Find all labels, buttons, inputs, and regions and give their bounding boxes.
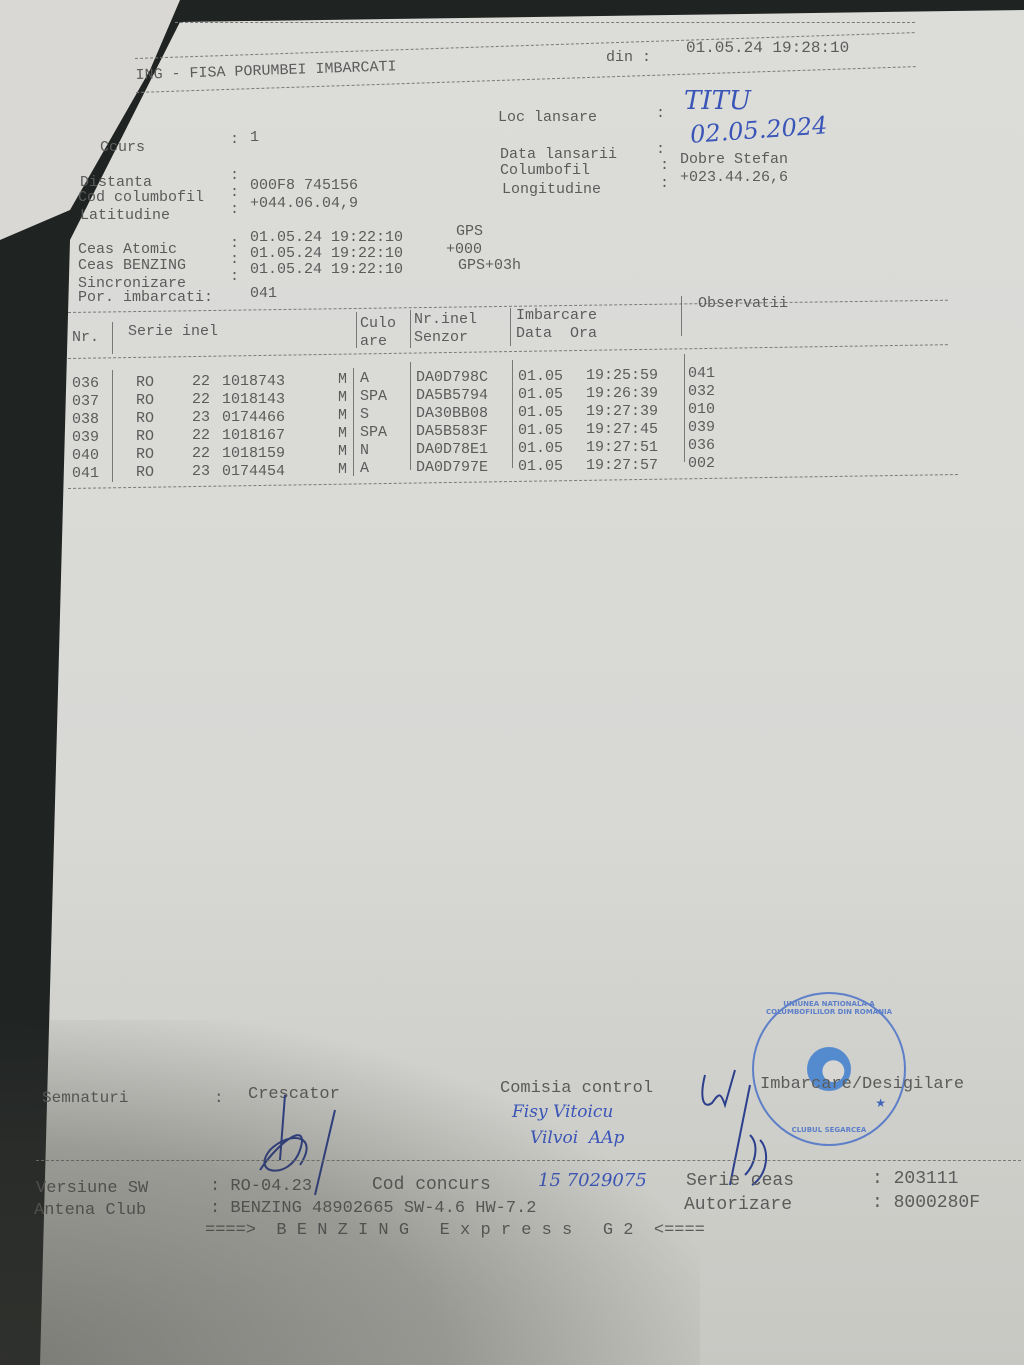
printed-at-label: din :: [606, 50, 651, 65]
signatures-label: Semnaturi: [42, 1090, 128, 1106]
cell-obs: 036: [688, 437, 715, 454]
cell-sensor: DA0D798C: [416, 369, 488, 386]
contest-code-value: 15 7029075: [538, 1172, 647, 1190]
cell-nr: 037: [72, 393, 99, 410]
field-value-cod-columbofil: 000F8 745156: [250, 178, 358, 193]
cell-sex: M: [338, 461, 347, 478]
contest-code-label: Cod concurs: [372, 1176, 491, 1194]
cell-color: SPA: [360, 424, 387, 441]
sw-version-label: Versiune SW: [36, 1180, 148, 1197]
clock-serial-value: : 203111: [872, 1170, 958, 1188]
printed-at: 01.05.24 19:28:10: [686, 40, 849, 56]
cell-color: A: [360, 460, 369, 477]
cell-nr: 041: [72, 465, 99, 482]
clock-value-atomic: 01.05.24 19:22:10: [250, 230, 403, 245]
cell-sex: M: [338, 371, 347, 388]
cell-color: A: [360, 370, 369, 387]
document-title: ING - FISA PORUMBEI IMBARCATI: [135, 59, 396, 83]
cell-country: RO: [136, 446, 154, 463]
clock-suffix-benzing: +000: [446, 242, 482, 257]
document-content: ING - FISA PORUMBEI IMBARCATI din : 01.0…: [0, 0, 1024, 1365]
cell-date: 01.05: [518, 440, 563, 457]
handwritten-commission-name-2: Vilvoi AAp: [530, 1130, 624, 1147]
cell-sex: M: [338, 407, 347, 424]
clock-label-benzing: Ceas BENZING: [78, 258, 186, 273]
cell-obs: 002: [688, 455, 715, 472]
cell-country: RO: [136, 392, 154, 409]
antenna-club-label: Antena Club: [34, 1202, 146, 1219]
field-label-longitudine: Longitudine: [502, 182, 601, 197]
clock-value-sincronizare: 01.05.24 19:22:10: [250, 262, 403, 277]
cell-ring: 1018743: [222, 373, 285, 390]
authorization-value: : 8000280F: [872, 1194, 980, 1212]
field-label-distanta: Distanta: [80, 175, 152, 190]
field-value-latitudine: +044.06.04,9: [250, 196, 358, 211]
star-icon: ★: [875, 1096, 886, 1110]
cell-color: S: [360, 406, 369, 423]
cell-obs: 041: [688, 365, 715, 382]
embarked-count: 041: [250, 286, 277, 301]
cell-ring: 1018159: [222, 445, 285, 462]
cell-nr: 038: [72, 411, 99, 428]
cell-country: RO: [136, 428, 154, 445]
table-header-divider: [68, 344, 948, 359]
cell-year: 23: [192, 409, 210, 426]
cell-year: 22: [192, 427, 210, 444]
cell-sensor: DA5B5794: [416, 387, 488, 404]
col-header-nr: Nr.: [72, 330, 99, 345]
field-value-columbofil: Dobre Stefan: [680, 152, 788, 167]
col-header-observatii: Observatii: [698, 296, 788, 311]
cell-nr: 040: [72, 447, 99, 464]
cell-time: 19:25:59: [586, 367, 658, 384]
field-value-longitudine: +023.44.26,6: [680, 170, 788, 185]
divider: [175, 22, 915, 23]
cell-nr: 039: [72, 429, 99, 446]
cell-country: RO: [136, 410, 154, 427]
cell-date: 01.05: [518, 458, 563, 475]
cell-obs: 039: [688, 419, 715, 436]
cell-sensor: DA30BB08: [416, 405, 488, 422]
field-label-cod-columbofil: Cod columbofil: [78, 190, 204, 205]
field-label-concurs: Ccurs: [100, 140, 145, 155]
field-label-data-lansarii: Data lansarii: [500, 147, 617, 162]
cell-time: 19:27:51: [586, 439, 658, 456]
cell-ring: 1018167: [222, 427, 285, 444]
footer-divider: [36, 1160, 1021, 1161]
cell-sex: M: [338, 425, 347, 442]
clock-label-atomic: Ceas Atomic: [78, 242, 177, 257]
cell-date: 01.05: [518, 386, 563, 403]
benzing-banner: ====> B E N Z I N G E x p r e s s G 2 <=…: [205, 1222, 705, 1239]
cell-year: 23: [192, 463, 210, 480]
cell-time: 19:27:57: [586, 457, 658, 474]
cell-date: 01.05: [518, 404, 563, 421]
cell-year: 22: [192, 391, 210, 408]
cell-ring: 1018143: [222, 391, 285, 408]
cell-date: 01.05: [518, 368, 563, 385]
cell-obs: 032: [688, 383, 715, 400]
handwritten-loc-lansare: TITU: [684, 88, 751, 114]
clock-serial-label: Serie ceas: [686, 1172, 794, 1190]
cell-sensor: DA0D78E1: [416, 441, 488, 458]
col-header-serie-inel: Serie inel: [128, 324, 218, 339]
cell-obs: 010: [688, 401, 715, 418]
cell-sensor: DA5B583F: [416, 423, 488, 440]
cell-sensor: DA0D797E: [416, 459, 488, 476]
cell-country: RO: [136, 464, 154, 481]
cell-color: SPA: [360, 388, 387, 405]
antenna-club-value: : BENZING 48902665 SW-4.6 HW-7.2: [210, 1200, 536, 1217]
col-header-nr-inel-senzor: Nr.inel: [414, 312, 477, 327]
field-value-concurs: 1: [250, 130, 259, 145]
clock-suffix-sincronizare: GPS+03h: [458, 258, 521, 273]
cell-time: 19:27:45: [586, 421, 658, 438]
cell-ring: 0174454: [222, 463, 285, 480]
authorization-label: Autorizare: [684, 1196, 792, 1214]
clock-suffix-atomic: GPS: [456, 224, 483, 239]
cell-color: N: [360, 442, 369, 459]
cell-time: 19:27:39: [586, 403, 658, 420]
field-label-latitudine: Latitudine: [80, 208, 170, 223]
cell-sex: M: [338, 443, 347, 460]
col-header-culoare: Culo: [360, 316, 396, 331]
cell-nr: 036: [72, 375, 99, 392]
embarked-label: Por. imbarcati:: [78, 290, 213, 305]
clock-value-benzing: 01.05.24 19:22:10: [250, 246, 403, 261]
cell-date: 01.05: [518, 422, 563, 439]
cell-country: RO: [136, 374, 154, 391]
sw-version-value: : RO-04.23: [210, 1178, 312, 1195]
cell-year: 22: [192, 445, 210, 462]
cell-time: 19:26:39: [586, 385, 658, 402]
handwritten-data-lansarii: 02.05.2024: [689, 113, 828, 147]
signature-commission-label: Comisia control: [500, 1080, 653, 1097]
cell-year: 22: [192, 373, 210, 390]
handwritten-commission-name-1: Fisy Vitoicu: [512, 1104, 613, 1121]
field-label-loc-lansare: Loc lansare: [498, 110, 597, 125]
col-header-imbarcare: Imbarcare: [516, 308, 597, 323]
cell-sex: M: [338, 389, 347, 406]
cell-ring: 0174466: [222, 409, 285, 426]
field-label-columbofil: Columbofil: [500, 163, 590, 178]
